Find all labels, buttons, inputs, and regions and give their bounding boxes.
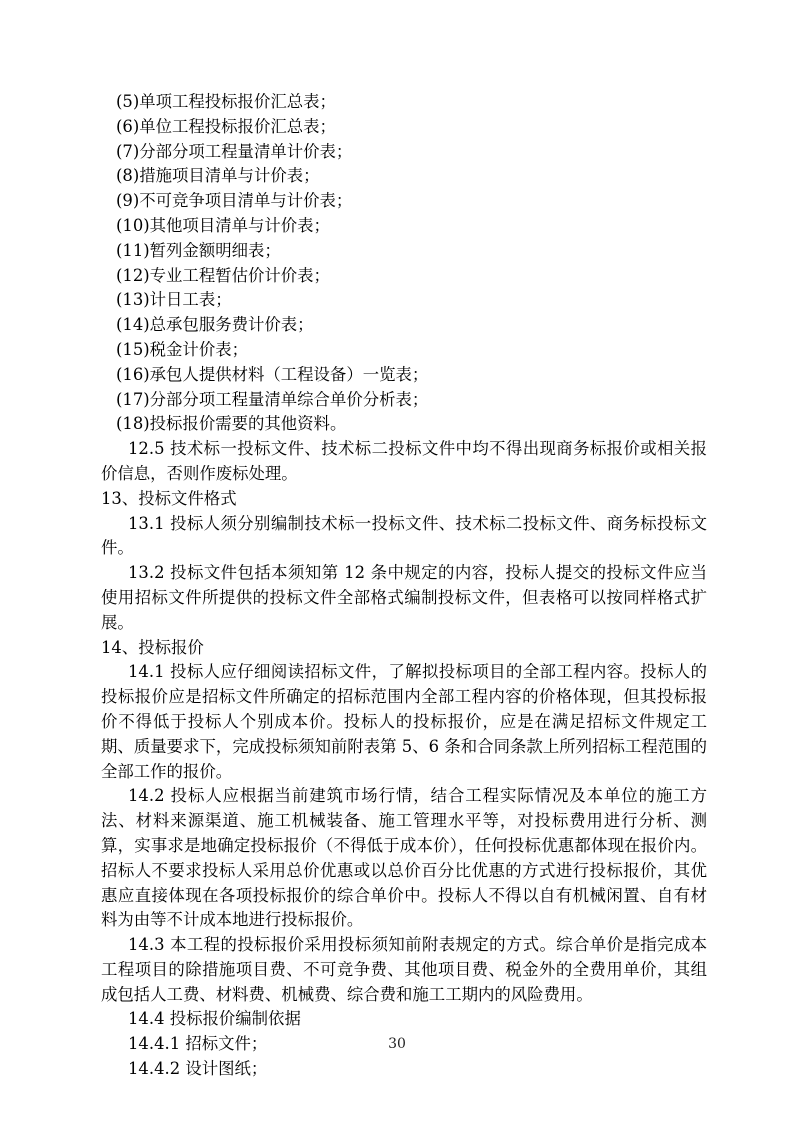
section-heading: 14、投标报价 [101,636,707,661]
paragraph: 13.1 投标人须分别编制技术标一投标文件、技术标二投标文件、商务标投标文件。 [101,512,707,562]
list-item: (7)分部分项工程量清单计价表； [101,140,707,165]
list-item: (15)税金计价表； [101,338,707,363]
list-item: (6)单位工程投标报价汇总表； [101,115,707,140]
section-heading: 13、投标文件格式 [101,487,707,512]
paragraph: 14.2 投标人应根据当前建筑市场行情，结合工程实际情况及本单位的施工方法、材料… [101,784,707,933]
document-page: (5)单项工程投标报价汇总表；(6)单位工程投标报价汇总表；(7)分部分项工程量… [0,0,794,1122]
paragraph: 14.3 本工程的投标报价采用投标须知前附表规定的方式。综合单价是指完成本工程项… [101,933,707,1007]
list-item: (11)暂列金额明细表； [101,239,707,264]
list-item: (9)不可竞争项目清单与计价表； [101,189,707,214]
list-item: (10)其他项目清单与计价表； [101,214,707,239]
list-item: (13)计日工表； [101,288,707,313]
list-item: (8)措施项目清单与计价表； [101,164,707,189]
list-item: (18)投标报价需要的其他资料。 [101,412,707,437]
document-body: (5)单项工程投标报价汇总表；(6)单位工程投标报价汇总表；(7)分部分项工程量… [101,90,707,1082]
page-number: 30 [388,1036,406,1052]
list-item: (17)分部分项工程量清单综合单价分析表； [101,388,707,413]
paragraph: 12.5 技术标一投标文件、技术标二投标文件中均不得出现商务标报价或相关报价信息… [101,437,707,487]
list-item: (5)单项工程投标报价汇总表； [101,90,707,115]
page-footer: 30 [0,1036,794,1052]
list-item: (14)总承包服务费计价表； [101,313,707,338]
paragraph: 13.2 投标文件包括本须知第 12 条中规定的内容，投标人提交的投标文件应当使… [101,561,707,635]
list-item: (16)承包人提供材料（工程设备）一览表； [101,363,707,388]
list-item: (12)专业工程暂估价计价表； [101,264,707,289]
paragraph: 14.1 投标人应仔细阅读招标文件，了解拟投标项目的全部工程内容。投标人的投标报… [101,660,707,784]
paragraph: 14.4.2 设计图纸； [101,1057,707,1082]
paragraph: 14.4 投标报价编制依据 [101,1007,707,1032]
